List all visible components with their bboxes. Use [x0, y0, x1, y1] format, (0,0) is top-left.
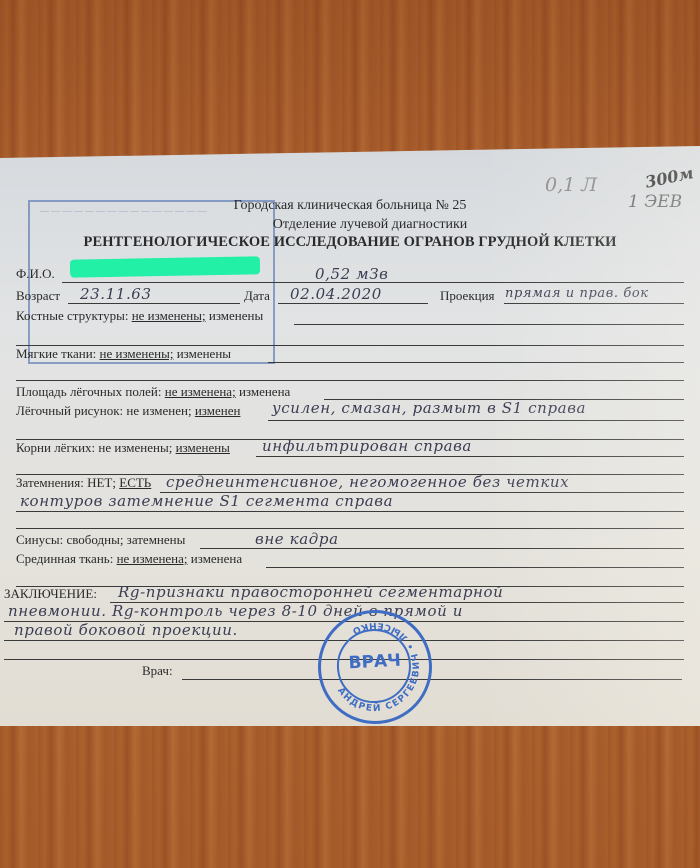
soft-tissue-option-unchanged: не изменены;	[100, 346, 174, 361]
fio-label: Ф.И.О.	[16, 266, 55, 282]
soft-tissue-line	[268, 362, 684, 363]
bones-label: Костные структуры:	[16, 308, 128, 323]
age-value: 23.11.63	[80, 285, 152, 303]
soft-tissue-line-2	[16, 380, 684, 381]
median-tissue-field: Срединная ткань: не изменена; изменена	[16, 551, 242, 567]
opacity-value-line2: контуров затемнение S1 сегмента справа	[20, 492, 393, 510]
median-tissue-label: Срединная ткань:	[16, 551, 113, 566]
lung-area-label: Площадь лёгочных полей:	[16, 384, 161, 399]
date-line	[278, 303, 428, 304]
document-title: РЕНТГЕНОЛОГИЧЕСКОЕ ИССЛЕДОВАНИЕ ОГРАНОВ …	[0, 234, 700, 251]
median-tissue-line	[266, 567, 684, 568]
opacity-field: Затемнения: НЕТ; ЕСТЬ	[16, 475, 151, 491]
opacity-label: Затемнения: НЕТ;	[16, 475, 116, 490]
conclusion-text-1: Rg-признаки правосторонней сегментарной	[118, 583, 503, 601]
projection-label: Проекция	[440, 288, 495, 304]
soft-tissue-option-changed: изменены	[177, 346, 231, 361]
lung-pattern-option-unchanged: не изменен;	[126, 403, 191, 418]
bones-option-changed: изменены	[209, 308, 263, 323]
doctor-signature-line	[182, 679, 682, 680]
soft-tissue-label: Мягкие ткани:	[16, 346, 96, 361]
lung-pattern-field: Лёгочный рисунок: не изменен; изменен	[16, 403, 240, 419]
age-line	[68, 303, 240, 304]
date-label: Дата	[244, 288, 270, 304]
sinuses-label: Синусы: свободны; затемнены	[16, 532, 185, 548]
lung-pattern-line	[268, 420, 684, 421]
corner-note-dose: 300м	[644, 163, 695, 192]
median-tissue-option-unchanged: не изменена;	[117, 551, 188, 566]
xray-report-form: — — — — — — — — — — — — — — — 0,1 Л 300м…	[0, 146, 700, 726]
conclusion-label: ЗАКЛЮЧЕНИЕ:	[4, 586, 97, 602]
sinuses-value: вне кадра	[255, 530, 339, 548]
lung-roots-option-changed: изменены	[176, 440, 230, 455]
lung-roots-field: Корни лёгких: не изменены; изменены	[16, 440, 230, 456]
lung-area-option-changed: изменена	[239, 384, 290, 399]
opacity-option-yes: ЕСТЬ	[119, 475, 151, 490]
fio-dose-value: 0,52 мЗв	[315, 265, 388, 283]
lung-roots-label: Корни лёгких:	[16, 440, 95, 455]
doctor-label: Врач:	[142, 663, 173, 679]
opacity-line-2	[16, 511, 684, 512]
redacted-name	[70, 256, 260, 277]
lung-pattern-value: усилен, смазан, размыт в S1 справа	[272, 399, 586, 417]
lung-roots-value: инфильтрирован справа	[262, 437, 472, 455]
conclusion-text-3: правой боковой проекции.	[14, 621, 238, 639]
corner-note-faint: 0,1 Л	[545, 174, 597, 196]
lung-area-field: Площадь лёгочных полей: не изменена; изм…	[16, 384, 290, 400]
bones-option-unchanged: не изменены;	[132, 308, 206, 323]
date-value: 02.04.2020	[290, 285, 382, 303]
hospital-name: Городская клиническая больница № 25	[0, 198, 700, 214]
lung-pattern-label: Лёгочный рисунок:	[16, 403, 123, 418]
opacity-value-line1: среднеинтенсивное, негомогенное без четк…	[166, 473, 569, 491]
projection-value: прямая и прав. бок	[505, 286, 649, 301]
doctor-stamp: АНДРЕЙ СЕРГЕЕВИЧ • ЛЫСЕНКО ВРАЧ	[315, 607, 435, 727]
department-name: Отделение лучевой диагностики	[20, 217, 700, 233]
bones-field: Костные структуры: не изменены; изменены	[16, 308, 263, 324]
lung-roots-line	[256, 456, 684, 457]
projection-line	[504, 303, 684, 304]
median-tissue-option-changed: изменена	[191, 551, 242, 566]
soft-tissue-field: Мягкие ткани: не изменены; изменены	[16, 346, 231, 362]
age-label: Возраст	[16, 288, 60, 304]
lung-area-option-unchanged: не изменена;	[165, 384, 236, 399]
opacity-line-3	[16, 528, 684, 529]
sinuses-line	[200, 548, 684, 549]
lung-pattern-option-changed: изменен	[195, 403, 241, 418]
lung-roots-option-unchanged: не изменены;	[98, 440, 172, 455]
bones-line	[294, 324, 684, 325]
